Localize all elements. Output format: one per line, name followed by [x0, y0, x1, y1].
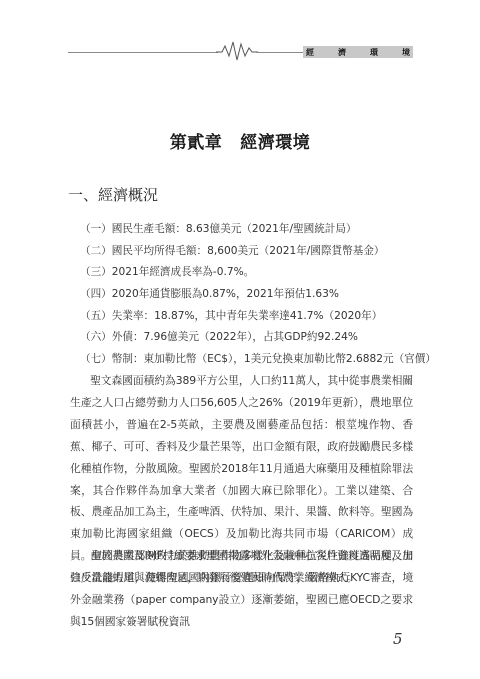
- page-number: 5: [393, 630, 403, 648]
- chapter-title: 第貳章經濟環境: [0, 128, 480, 153]
- list-item: （三）2021年經濟成長率為-0.7%。: [80, 262, 420, 284]
- header-char: 濟: [338, 47, 346, 58]
- header-rule-right: [256, 52, 304, 53]
- list-item: （二）國民平均所得毛額：8,600美元（2021年/國際貨幣基金）: [80, 241, 420, 263]
- header-char: 經: [306, 47, 314, 58]
- running-header: 經 濟 環 境: [0, 0, 480, 70]
- chapter-name: 經濟環境: [240, 133, 310, 153]
- list-item: （五）失業率：18.87%，其中青年失業率達41.7%（2020年）: [80, 306, 420, 328]
- body-paragraph: 由於美國及IMF持續要求聖國揭露境外金融中心客戶資料透明度及加強反洗錢力道，使得…: [70, 545, 413, 633]
- zigzag-ornament-icon: [216, 40, 258, 62]
- running-header-label: 經 濟 環 境: [303, 46, 413, 58]
- list-item: （一）國民生產毛額：8.63億美元（2021年/聖國統計局）: [80, 219, 420, 241]
- section-heading: 一、經濟概況: [68, 184, 158, 205]
- list-item: （四）2020年通貨膨脹為0.87%，2021年預估1.63%: [80, 284, 420, 306]
- list-item: （六）外債：7.96億美元（2022年），占其GDP約92.24%: [80, 327, 420, 349]
- list-item: （七）幣制：東加勒比幣（EC$），1美元兌換東加勒比幣2.6882元（官價）: [80, 349, 420, 371]
- header-char: 境: [402, 47, 410, 58]
- economic-facts-list: （一）國民生產毛額：8.63億美元（2021年/聖國統計局） （二）國民平均所得…: [80, 219, 420, 371]
- header-char: 環: [370, 47, 378, 58]
- chapter-number: 第貳章: [170, 133, 223, 153]
- header-rule-left: [68, 52, 218, 53]
- paragraph-text: 由於美國及IMF持續要求聖國揭露境外金融中心客戶資料透明度及加強反洗錢力道，使得…: [70, 549, 413, 628]
